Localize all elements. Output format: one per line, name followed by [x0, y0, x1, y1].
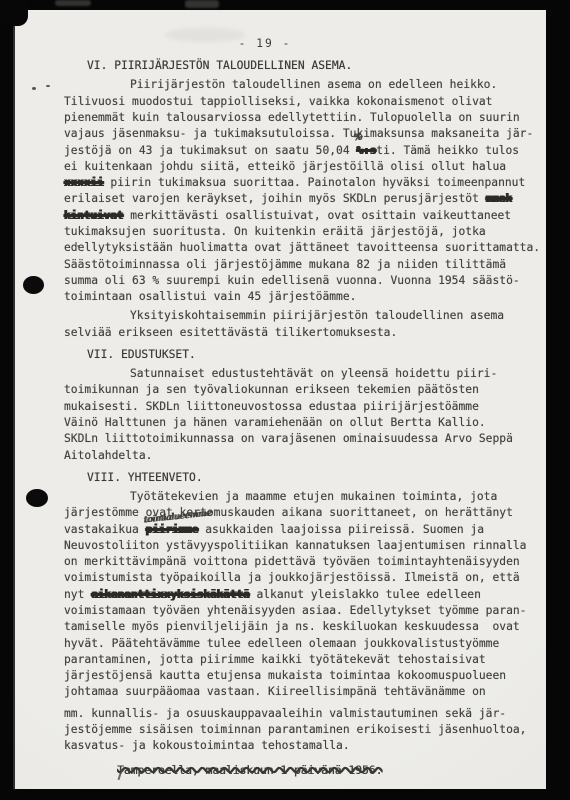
section-heading: VII. EDUSTUKSET.: [64, 347, 550, 363]
text-line: tamiselle myös pienviljelijäin ja ns. ke…: [64, 619, 550, 635]
scan-speck: [68, 216, 71, 219]
section-heading: VI. PIIRIJÄRJESTÖN TALOUDELLINEN ASEMA.: [64, 58, 550, 74]
text-line: SKDLn liittotoimikunnassa on varajäsenen…: [64, 431, 550, 447]
text-line: johtamaa suurpääomaa vastaan. Kiireellis…: [64, 684, 550, 700]
text-line: järjestömme ovat kertomuskauden aikana s…: [64, 505, 550, 521]
text-line: edellytyksistään huolimatta ovat jättäne…: [64, 240, 550, 256]
text-line: pienemmät kuin talousarviossa edellytett…: [64, 110, 550, 126]
text-line: voimistamaan työväen yhtenäisyyden asiaa…: [64, 603, 550, 619]
document-text-block: - 19 - VI. PIIRIJÄRJESTÖN TALOUDELLINEN …: [64, 36, 550, 779]
text-line: hyvät. Päätehtävämme tulee edelleen olem…: [64, 636, 550, 652]
scan-edge-artifact: [55, 0, 91, 6]
text-line: mm. kunnallis- ja osuuskauppavaaleihin v…: [64, 706, 550, 722]
scan-speck: [32, 87, 36, 90]
scan-speck: [77, 245, 80, 247]
text-line: toimintaan osallistui vain 45 järjestöäm…: [64, 289, 550, 305]
text-line: vastakaikua piirimmetoimialueemme asukka…: [64, 522, 550, 538]
text-line: Satunnaiset edustustehtävät on yleensä h…: [64, 366, 550, 382]
text-line: toimikunnan ja sen työvaliokunnan erikse…: [64, 382, 550, 398]
section-heading: VIII. YHTEENVETO.: [64, 470, 550, 486]
text-line: Aitolahdelta.: [64, 448, 550, 464]
scan-speck: [46, 85, 50, 87]
text-line: parantaminen, jotta piirimme kaikki työt…: [64, 652, 550, 668]
dateline: Tampereella, maaliskuun 1 päivänä 1956.: [64, 763, 550, 779]
text-line: järjestöjensä kautta etujensa mukaista t…: [64, 668, 550, 684]
text-line: Neuvostoliiton ystävyyspolitiikan kannat…: [64, 538, 550, 554]
text-line: Tilivuosi muodostui tappiolliseksi, vaik…: [64, 94, 550, 110]
text-line: mukaisesti. SKDLn liittoneuvostossa edus…: [64, 399, 550, 415]
text-line: vajaus jäsenmaksu- ja tukimaksutuloissa.…: [64, 126, 550, 142]
text-line: erilaiset varojen keräykset, joihin myös…: [64, 191, 550, 207]
text-line: voimistumista työpaikoilla ja joukkojärj…: [64, 570, 550, 586]
text-line: selviää erikseen esitettävästä tilikerto…: [64, 325, 550, 341]
text-line: jestöjemme sisäisen toiminnan parantamin…: [64, 722, 550, 738]
scan-corner-shadow: [0, 0, 28, 26]
text-line: Säästötoiminnassa oli järjestöjämme muka…: [64, 257, 550, 273]
text-line: kintuivat merkittävästi osallistuivat, o…: [64, 208, 550, 224]
text-line: Piirijärjestön taloudellinen asema on ed…: [64, 77, 550, 93]
page-number: - 19 -: [64, 36, 466, 52]
document-page: - 19 - VI. PIIRIJÄRJESTÖN TALOUDELLINEN …: [13, 10, 546, 789]
text-line: Väinö Halttunen ja hänen varamiehenään o…: [64, 415, 550, 431]
text-line: jestöjä on 43 ja tukimaksut on saatu 50,…: [64, 143, 550, 159]
handwritten-correction: %: [354, 133, 363, 143]
hole-punch-mark: [23, 276, 44, 294]
scan-edge-artifact: [185, 0, 219, 8]
text-line: Työtätekevien ja maamme etujen mukainen …: [64, 489, 550, 505]
text-line: nyt aikananttixxyksiskäkättä alkanut yle…: [64, 587, 550, 603]
hole-punch-mark: [26, 489, 48, 507]
text-line: xxxxii piirin tukimaksua suorittaa. Pain…: [64, 175, 550, 191]
text-line: tukimaksujen suoritusta. On kuitenkin er…: [64, 224, 550, 240]
text-line: Yksityiskohtaisemmin piirijärjestön talo…: [64, 308, 550, 324]
text-line: kasvatus- ja kokoustoimintaa tehostamall…: [64, 738, 550, 754]
scanned-page-canvas: - 19 - VI. PIIRIJÄRJESTÖN TALOUDELLINEN …: [0, 0, 570, 800]
text-line: ei kuitenkaan johdu siitä, etteikö järje…: [64, 159, 550, 175]
text-line: on merkittävimpänä voittona pidettävä ty…: [64, 554, 550, 570]
text-line: summa oli 63 % suurempi kuin edellisenä …: [64, 273, 550, 289]
